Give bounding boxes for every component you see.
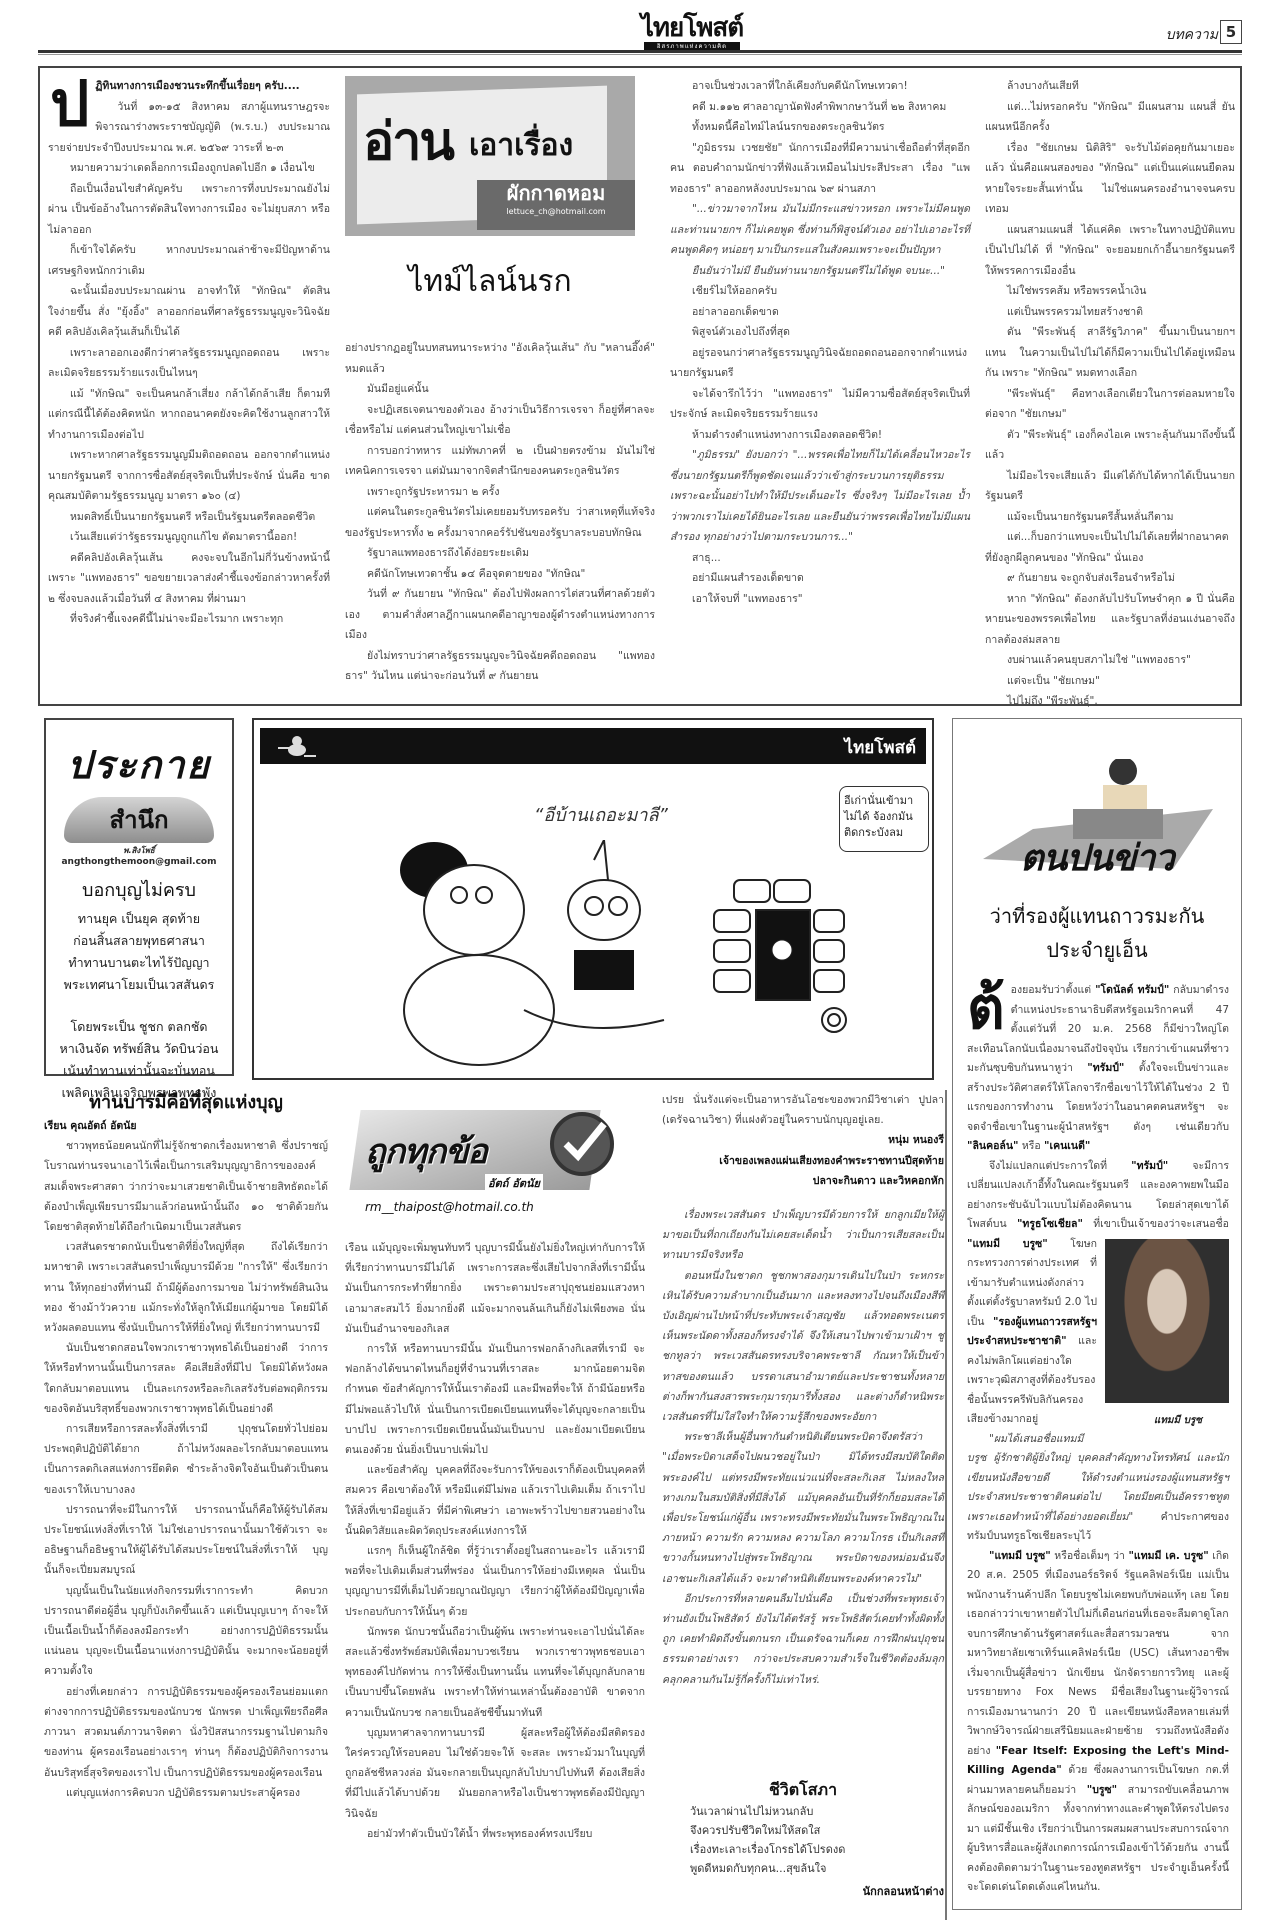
letter-column-2: เรือน แม้บุญจะเพิ่มพูนทับทวี บุญบารมีนั้… bbox=[345, 1238, 645, 1844]
quote-paragraph: ยืนยันว่าไม่มี ยืนยันท่านนายกรัฐมนตรีไม่… bbox=[670, 261, 970, 282]
paragraph: วันที่ ๙ กันยายน "ทักษิณ" ต้องไปฟังผลการ… bbox=[345, 584, 655, 646]
paragraph: แผนสามแผนสี่ ได้แค่คิด เพราะในทางปฏิบัติ… bbox=[985, 220, 1235, 282]
paragraph: แต่เป็นพรรครวมไทยสร้างชาติ bbox=[985, 302, 1235, 323]
logo-wordmark: ไทยโพสต์ bbox=[638, 12, 746, 42]
poem-body: ทานยุค เป็นยุค สุดท้าย ก่อนสิ้นสลายพุทธศ… bbox=[46, 908, 232, 1104]
tonpon-body: ต้ องยอมรับว่าตั้งแต่ "โดนัลด์ ทรัมป์" ก… bbox=[967, 981, 1229, 1898]
paragraph: ยังไม่ทราบว่าศาลรัฐธรรมนูญจะวินิจฉัยคดีถ… bbox=[345, 646, 655, 687]
paragraph: คดีคลิปอังเคิลวุ้นเส้น คงจะจบในอีกไม่กี่… bbox=[48, 548, 330, 610]
paragraph: จะได้จารึกไว้ว่า "แพทองธาร" ไม่มีความซื่… bbox=[670, 384, 970, 425]
prakaj-poem-box: ประกาย สำนึก พ.สิงโพธิ์ angthongthemoon@… bbox=[44, 718, 234, 1076]
letter-column-1: ทานบารมีคือที่สุดแห่งบุญ เรียน คุณอัตถ์ … bbox=[44, 1090, 328, 1803]
banner-title-small: เอาเรื่อง bbox=[469, 128, 573, 164]
paragraph: หมดสิทธิ์เป็นนายกรัฐมนตรี หรือเป็นรัฐมนต… bbox=[48, 507, 330, 528]
paragraph: หมายความว่าเดดล็อกการเมืองถูกปลดไปอีก ๑ … bbox=[48, 158, 330, 179]
paragraph: ทั้งหมดนี้คือไทม์ไลน์นรกของตระกูลชินวัตร bbox=[670, 117, 970, 138]
byline: พ.สิงโพธิ์ bbox=[46, 844, 232, 857]
paragraph: นับเป็นชาดกสอนใจพวกเราชาวพุทธได้เป็นอย่า… bbox=[44, 1338, 328, 1419]
paragraph: เพราะลาออกเองดีกว่าศาลรัฐธรรมนูญถอดถอน เ… bbox=[48, 343, 330, 384]
paragraph: เปรย นั่นรังแต่จะเป็นอาหารอันโอชะของพวกม… bbox=[662, 1090, 944, 1130]
paragraph: การบอกว่าทหาร แม่ทัพภาคที่ ๒ เป็นฝ่ายตรง… bbox=[345, 441, 655, 482]
poem-line: ทานยุค เป็นยุค สุดท้าย bbox=[46, 908, 232, 930]
photo-caption: แทมมี บรูซ bbox=[1105, 1411, 1229, 1431]
tonpon-column-box: ตนปนข่าว ว่าที่รองผู้แทนถาวรมะกัน ประจำย… bbox=[952, 718, 1242, 1910]
paragraph: การให้ หรือทานบารมีนั้น มันเป็นการฟอกล้า… bbox=[345, 1339, 645, 1460]
paragraph: ฉะนั้นเมื่องบประมาณผ่าน อาจทำให้ "ทักษิณ… bbox=[48, 281, 330, 343]
paragraph: บุญมหาศาลจากทานบารมี ผู้สละหรือผู้ให้ต้อ… bbox=[345, 1723, 645, 1824]
paragraph: อยู่รอจนกว่าศาลรัฐธรรมนูญวินิจฉัยถอดถอนอ… bbox=[670, 343, 970, 384]
paragraph: เวสสันดรชาดกนับเป็นชาติที่ยิ่งใหญ่ที่สุด… bbox=[44, 1237, 328, 1338]
banner-title-big: อ่าน bbox=[363, 112, 453, 172]
section-label: บทความ bbox=[1166, 24, 1218, 46]
chiwit-poem: ชีวิตโสภา วันเวลาผ่านไปไม่หวนกลับ จึงควร… bbox=[662, 1778, 944, 1900]
paragraph: แต่คนในตระกูลชินวัตรไม่เคยยอมรับทรอครับ … bbox=[345, 502, 655, 543]
paragraph: "ผมได้เสนอชื่อแทมมี บรูซ ผู้รักชาติผู้ยิ… bbox=[967, 1430, 1229, 1547]
paragraph: แต่...ไม่หรอกครับ "ทักษิณ" มีแผนสาม แผนส… bbox=[985, 97, 1235, 138]
paragraph: ก็เข้าใจได้ครับ หากงบประมาณล่าช้าจะมีปัญ… bbox=[48, 240, 330, 281]
paragraph: สาธุ... bbox=[670, 548, 970, 569]
paragraph: เรื่อง "ชัยเกษม นิติสิริ" จะรับไม้ต่อคุย… bbox=[985, 138, 1235, 220]
paragraph: เพราะถูกรัฐประหารมา ๒ ครั้ง bbox=[345, 482, 655, 503]
signature-line: เจ้าของเพลงแผ่นเสียงทองคำพระราชทานปีสุดท… bbox=[662, 1151, 944, 1171]
stanza-gap bbox=[46, 996, 232, 1016]
poem-line: เน้นทำทานเท่านั้นจะบั่นทอน bbox=[46, 1060, 232, 1082]
paragraph: อย่างปรากฏอยู่ในบทสนทนาระหว่าง "อังเคิลว… bbox=[345, 338, 655, 379]
column-banner: อ่าน เอาเรื่อง ผักกาดหอม lettuce_ch@hotm… bbox=[345, 76, 635, 236]
quote-paragraph: "...ข่าวมาจากไหน มันไม่มีกระแสข่าวหรอก เ… bbox=[670, 199, 970, 261]
paragraph: เว้นเสียแต่ว่ารัฐธรรมนูญถูกแก้ไข ตัดมาตร… bbox=[48, 527, 330, 548]
paragraph: เชียร์ไม่ให้ออกครับ bbox=[670, 281, 970, 302]
paragraph: แต่บุญแห่งการคิดบวก ปฏิบัติธรรมตามประสาผ… bbox=[44, 1783, 328, 1803]
thaipost-logo: ไทยโพสต์ อิสรภาพแห่งความคิด bbox=[638, 12, 746, 54]
paragraph: ไม่ใช่พรรคส้ม หรือพรรคน้ำเงิน bbox=[985, 281, 1235, 302]
checkmark-icon bbox=[550, 1112, 614, 1176]
author-email: angthongthemoon@gmail.com bbox=[46, 857, 232, 867]
portrait-photo bbox=[1105, 1239, 1229, 1403]
ane-column-1: ป ฏิทินทางการเมืองชวนระทึกขึ้นเรื่อยๆ คร… bbox=[48, 76, 330, 630]
paragraph: ปรารถนาที่จะมีในการให้ ปรารถนานั้นก็คือใ… bbox=[44, 1500, 328, 1581]
poem-line: หาเงินจัด ทรัพย์สิน วัดบินว่อน bbox=[46, 1038, 232, 1060]
poem-line: พูดดีหมดกับทุกคน...สุขล้นใจ bbox=[662, 1859, 944, 1878]
poem-title: บอกบุญไม่ครบ bbox=[46, 875, 232, 904]
banner-email: rm__thaipost@hotmail.co.th bbox=[365, 1200, 534, 1214]
poem-line: จึงควรปรับชีวิตใหม่ให้สดใส bbox=[662, 1821, 944, 1840]
author-email: lettuce_ch@hotmail.com bbox=[477, 206, 635, 218]
paragraph: อย่าลาออกเด็ดขาด bbox=[670, 302, 970, 323]
author-box: ผักกาดหอม lettuce_ch@hotmail.com bbox=[477, 180, 635, 230]
ane-column-2: อย่างปรากฏอยู่ในบทสนทนาระหว่าง "อังเคิลว… bbox=[345, 338, 655, 687]
paragraph: ดัน "พีระพันธุ์ สาลีรัฐวิภาค" ขึ้นมาเป็น… bbox=[985, 322, 1235, 384]
paragraph: เรือน แม้บุญจะเพิ่มพูนทับทวี บุญบารมีนั้… bbox=[345, 1238, 645, 1339]
paragraph: อย่ามัวทำตัวเป็นบัวใต้น้ำ ที่พระพุทธองค์… bbox=[345, 1824, 645, 1844]
paragraph: "แทมมี บรูซ" หรือชื่อเต็มๆ ว่า "แทมมี เค… bbox=[967, 1547, 1229, 1898]
paragraph: คดีนักโทษเทวดาชั้น ๑๔ คือจุดตายของ "ทักษ… bbox=[345, 564, 655, 585]
cartoon-drawing-icon bbox=[364, 840, 884, 1070]
paragraph: เพราะหากศาลรัฐธรรมนูญมีมติถอดถอน ออกจากต… bbox=[48, 445, 330, 507]
poem-line: ก่อนสิ้นสลายพุทธศาสนา bbox=[46, 930, 232, 952]
paragraph: คดี ม.๑๑๒ ศาลอาญานัดฟังคำพิพากษาวันที่ ๒… bbox=[670, 97, 970, 118]
spacer bbox=[662, 1191, 944, 1205]
paragraph: ห้ามดำรงตำแหน่งทางการเมืองตลอดชีวิต! bbox=[670, 425, 970, 446]
letter-column-3: เปรย นั่นรังแต่จะเป็นอาหารอันโอชะของพวกม… bbox=[662, 1090, 944, 1690]
paragraph: แรกๆ ก็เห็นผู้ใกล้ชิด ที่รู้ว่าเราตั้งอย… bbox=[345, 1541, 645, 1622]
paragraph: องยอมรับว่าตั้งแต่ "โดนัลด์ ทรัมป์" กลับ… bbox=[967, 981, 1229, 1157]
paragraph: แม้ "ทักษิณ" จะเป็นคนกล้าเสี่ยง กล้าได้ก… bbox=[48, 384, 330, 446]
paragraph: ตัว "พีระพันธุ์" เองก็คงไอเค เพราะลุ้นกั… bbox=[985, 425, 1235, 466]
lead-line: ฏิทินทางการเมืองชวนระทึกขึ้นเรื่อยๆ ครับ… bbox=[48, 76, 330, 97]
thuk-column-banner: ถูกทุกข้อ อัตถ์ อัตนัย rm__thaipost@hotm… bbox=[345, 1090, 645, 1230]
paragraph: "ภูมิธรรม เวชยชัย" นักการเมืองที่มีความน… bbox=[670, 138, 970, 200]
letter-title: ทานบารมีคือที่สุดแห่งบุญ bbox=[44, 1090, 328, 1116]
poem-line: เรื่องทะเลาะเรื่องโกรธได้โปรดงด bbox=[662, 1840, 944, 1859]
paragraph: พิสูจน์ตัวเองไปถึงที่สุด bbox=[670, 322, 970, 343]
cartoon-brand: ไทยโพสต์ bbox=[845, 734, 916, 761]
paragraph: เอาให้จบที่ "แพทองธาร" bbox=[670, 589, 970, 610]
poem-title: ชีวิตโสภา bbox=[662, 1778, 944, 1802]
paragraph: ถือเป็นเงื่อนไขสำคัญครับ เพราะการที่งบปร… bbox=[48, 179, 330, 241]
reply-paragraph: อีกประการที่หลายคนลืมไปนั่นคือ เป็นช่วงท… bbox=[662, 1589, 944, 1690]
paragraph: ชาวพุทธน้อยคนนักที่ไม่รู้จักชาดกเรื่องมห… bbox=[44, 1136, 328, 1237]
paragraph: ไม่มีอะไรจะเสียแล้ว มีแต่ได้กับได้หากได้… bbox=[985, 466, 1235, 507]
cartoonist-mascot-icon bbox=[276, 732, 318, 760]
reply-paragraph: ตอนหนึ่งในชาดก ชูชกพาสองกุมารเดินไปในป่า… bbox=[662, 1266, 944, 1428]
paragraph: อย่ามีแผนสำรองเด็ดขาด bbox=[670, 568, 970, 589]
paragraph: บุญนั้นเป็นในนัยแห่งกิจกรรมที่เราการะทำ … bbox=[44, 1581, 328, 1682]
poem-line: วันเวลาผ่านไปไม่หวนกลับ bbox=[662, 1802, 944, 1821]
paragraph: จึงไม่แปลกแต่ประการใดที่ "ทรัมป์" จะมีกา… bbox=[967, 1157, 1229, 1430]
tonpon-logo-title: ตนปนข่าว bbox=[959, 829, 1235, 886]
paragraph: มันมีอยู่แค่นั้น bbox=[345, 379, 655, 400]
poem-signature: นักกลอนหน้าต่าง bbox=[662, 1882, 944, 1900]
paragraph: ที่จริงคำชี้แจงคดีนี้ไม่น่าจะมีอะไรมาก เ… bbox=[48, 609, 330, 630]
poem-line: โดยพระเป็น ชูชก ตลกชัด bbox=[46, 1016, 232, 1038]
headline-line: ว่าที่รองผู้แทนถาวรมะกัน bbox=[959, 899, 1235, 933]
column-headline: ไทม์ไลน์นรก bbox=[345, 258, 635, 305]
paragraph: แต่...ก็บอกว่าแทบจะเป็นไปไม่ได้เลยที่ฝาก… bbox=[985, 527, 1235, 568]
page-number: 5 bbox=[1220, 20, 1242, 44]
headline-line: ประจำยูเอ็น bbox=[959, 933, 1235, 967]
paragraph: การเสียหรือการสละทั้งสิ่งที่เรามี ปุถุชน… bbox=[44, 1419, 328, 1500]
paragraph: จะปฏิเสธเจตนาของตัวเอง อ้างว่าเป็นวิธีกา… bbox=[345, 400, 655, 441]
column-ane-box: ป ฏิทินทางการเมืองชวนระทึกขึ้นเรื่อยๆ คร… bbox=[38, 66, 1242, 706]
author-name: ผักกาดหอม bbox=[477, 180, 635, 206]
paragraph: ไปไม่ถึง "พีระพันธุ์". bbox=[985, 691, 1235, 712]
paragraph: แต่จะเป็น "ชัยเกษม" bbox=[985, 671, 1235, 692]
signature-name: หนุ่ม หนองรี bbox=[662, 1130, 944, 1150]
cartoon-caption: “อีบ้านเถอะมาลี” bbox=[534, 800, 668, 829]
salutation: เรียน คุณอัตถ์ อัตนัย bbox=[44, 1116, 328, 1136]
quote-paragraph: "ภูมิธรรม" ยังบอกว่า "...พรรคเพื่อไทยก็ไ… bbox=[670, 445, 970, 548]
header-rule-thin bbox=[38, 54, 1242, 55]
paragraph: หาก "ทักษิณ" ต้องกลับไปรับโทษจำคุก ๑ ปี … bbox=[985, 589, 1235, 651]
paragraph: อย่างที่เคยกล่าว การปฏิบัติธรรมของผู้ครอ… bbox=[44, 1682, 328, 1783]
cartoon-header-bar: ไทยโพสต์ bbox=[260, 728, 926, 764]
header-rule bbox=[38, 50, 1242, 53]
paragraph: อาจเป็นช่วงเวลาที่ใกล้เคียงกับคดีนักโทษเ… bbox=[670, 76, 970, 97]
poem-line: พระเทศนาโยมเป็นเวสสันดร bbox=[46, 974, 232, 996]
column-divider bbox=[945, 1090, 947, 1920]
signature-line: ปลาจะกินดาว และวิหคอกหัก bbox=[662, 1171, 944, 1191]
reply-paragraph: เรื่องพระเวสสันดร บำเพ็ญบารมีด้วยการให้ … bbox=[662, 1205, 944, 1266]
scroll-banner: สำนึก bbox=[64, 797, 214, 843]
paragraph: งบผ่านแล้วคนยุบสภาไม่ใช่ "แพทองธาร" bbox=[985, 650, 1235, 671]
tonpon-headline: ว่าที่รองผู้แทนถาวรมะกัน ประจำยูเอ็น bbox=[959, 899, 1235, 967]
reply-paragraph: พระชาลีเห็นผู้อื่นพากันตำหนิติเตียนพระบิ… bbox=[662, 1427, 944, 1589]
paragraph: นักพรต นักบวชนั้นถือว่าเป็นผู้พ้น เพราะท… bbox=[345, 1622, 645, 1723]
ane-column-3: อาจเป็นช่วงเวลาที่ใกล้เคียงกับคดีนักโทษเ… bbox=[670, 76, 970, 609]
poem-line: ทำทานบานตะไทไร้ปัญญา bbox=[46, 952, 232, 974]
page-header: ไทยโพสต์ อิสรภาพแห่งความคิด บทความ 5 bbox=[38, 0, 1242, 56]
ane-column-4: ล้างบางกันเสียที แต่...ไม่หรอกครับ "ทักษ… bbox=[985, 76, 1235, 712]
paragraph: ๙ กันยายน จะถูกจับส่งเรือนจำหรือไม่ bbox=[985, 568, 1235, 589]
prakaj-logo-title: ประกาย bbox=[46, 734, 232, 795]
paragraph: "พีระพันธุ์" คือทางเลือกเดียวในการต่อลมห… bbox=[985, 384, 1235, 425]
dropcap: ต้ bbox=[967, 981, 1005, 1035]
editorial-cartoon: ไทยโพสต์ “อีบ้านเถอะมาลี” อีเก่านั่นเข้า… bbox=[252, 718, 934, 1080]
paragraph: รัฐบาลแพทองธารถึงได้ง่อยระยะเดิม bbox=[345, 543, 655, 564]
paragraph: แม้จะเป็นนายกรัฐมนตรีสั้นหลั่นกีตาม bbox=[985, 507, 1235, 528]
paragraph: วันที่ ๑๓-๑๕ สิงหาคม สภาผู้แทนราษฎรจะพิจ… bbox=[48, 97, 330, 159]
paragraph: และข้อสำคัญ บุคคลที่ถึงจะรับการให้ของเรา… bbox=[345, 1460, 645, 1541]
banner-title: ถูกทุกข้อ bbox=[365, 1124, 487, 1178]
banner-author: อัตถ์ อัตนัย bbox=[485, 1174, 543, 1192]
photo-tammy-bruce: แทมมี บรูซ bbox=[1105, 1239, 1229, 1431]
paragraph: ล้างบางกันเสียที bbox=[985, 76, 1235, 97]
dropcap: ป bbox=[50, 78, 89, 130]
